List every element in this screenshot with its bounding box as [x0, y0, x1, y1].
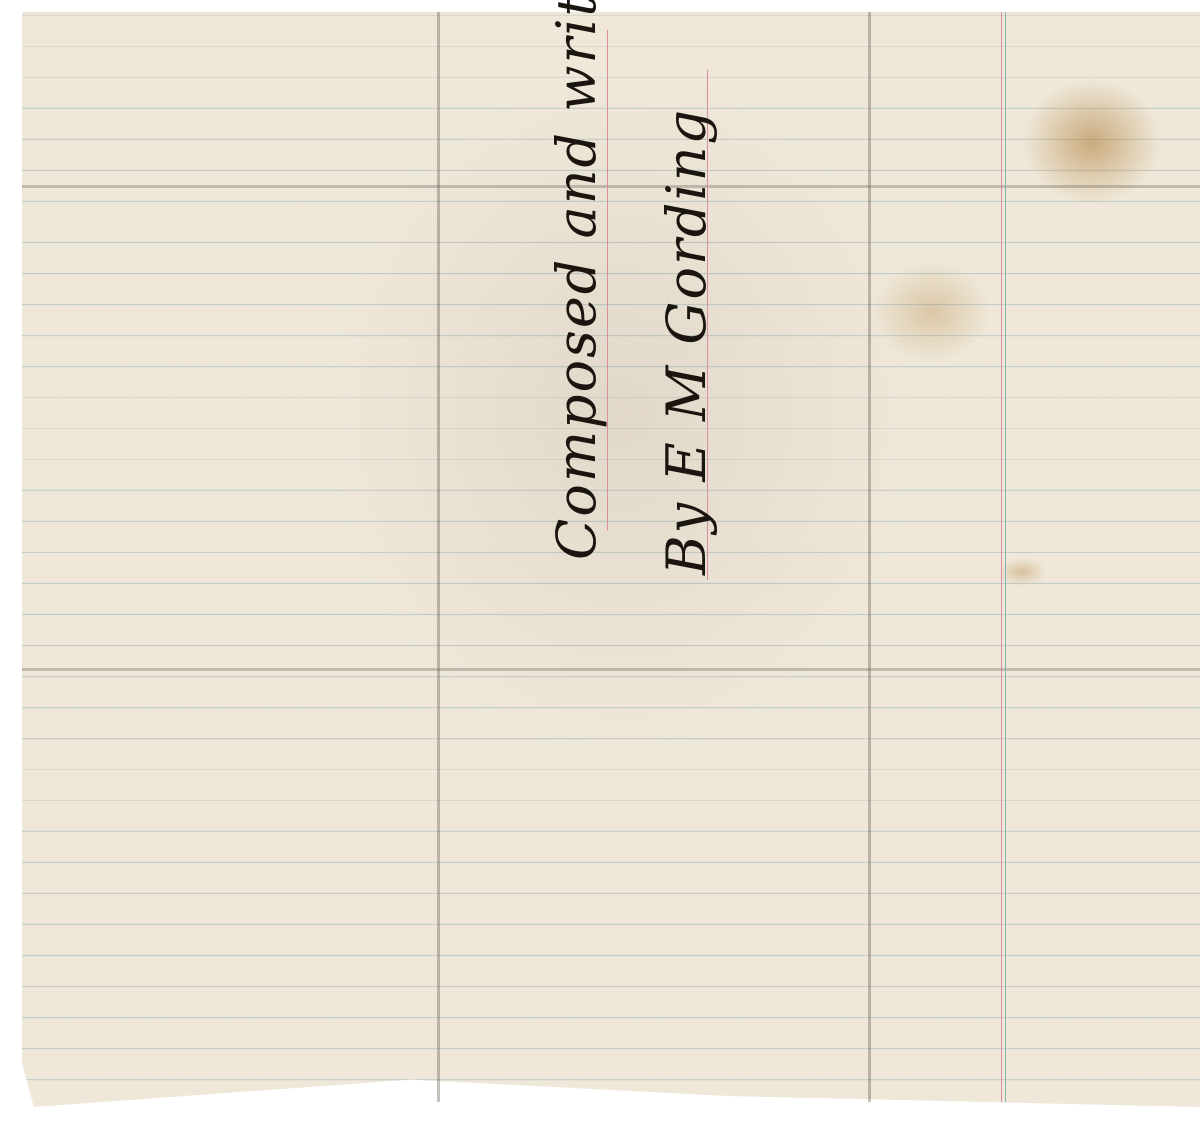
fold-crease-horizontal-2 — [22, 668, 1200, 671]
inscription-line-2: By E M Gording — [655, 108, 718, 575]
fold-crease-vertical-2 — [868, 12, 871, 1102]
margin-line-blue — [1005, 12, 1006, 1102]
fold-crease-horizontal-1 — [22, 185, 1200, 188]
fold-crease-vertical-1 — [437, 12, 440, 1102]
paper-sheet — [22, 12, 1200, 1107]
inscription-line-1: Composed and writen — [545, 0, 608, 560]
margin-line-pink — [1001, 12, 1002, 1102]
